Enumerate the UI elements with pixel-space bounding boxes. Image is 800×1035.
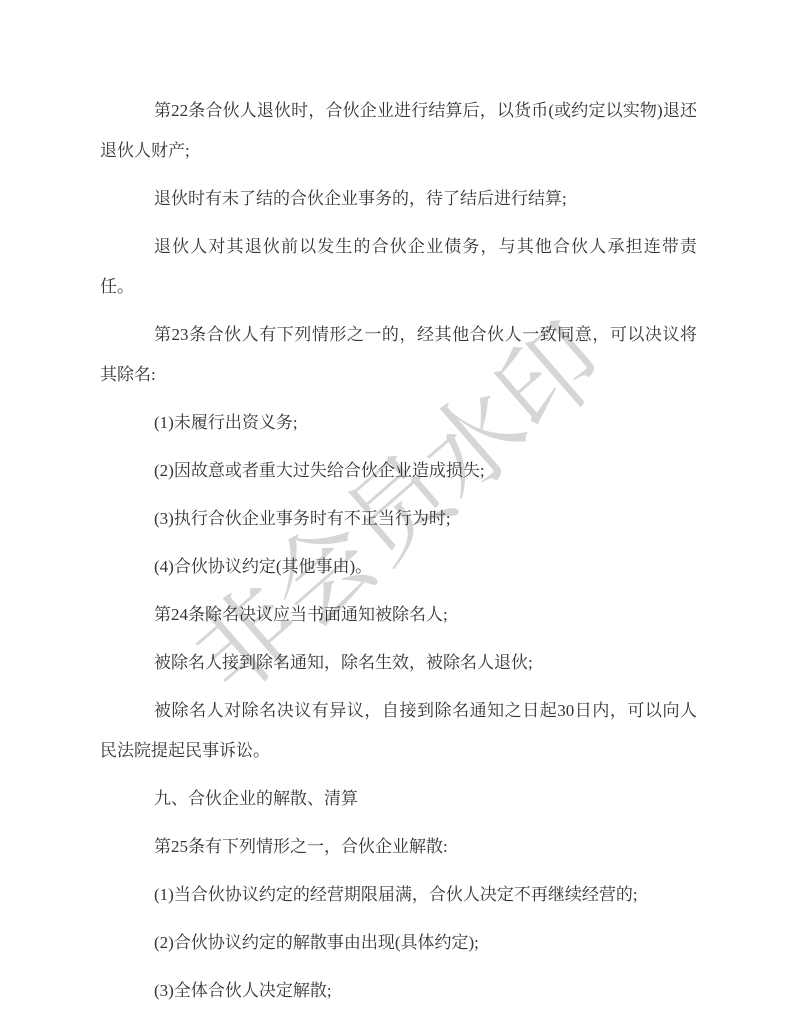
paragraph: 第23条合伙人有下列情形之一的，经其他合伙人一致同意，可以决议将其除名: [100, 315, 697, 395]
paragraph: 第25条有下列情形之一，合伙企业解散: [100, 827, 697, 867]
document-page: 非会员水印 第22条合伙人退伙时，合伙企业进行结算后，以货币(或约定以实物)退还… [0, 0, 800, 1035]
paragraph: 第24条除名决议应当书面通知被除名人; [100, 595, 697, 635]
paragraph: (1)当合伙协议约定的经营期限届满，合伙人决定不再继续经营的; [100, 875, 697, 915]
paragraph: 第22条合伙人退伙时，合伙企业进行结算后，以货币(或约定以实物)退还退伙人财产; [100, 91, 697, 171]
paragraph: 被除名人对除名决议有异议，自接到除名通知之日起30日内，可以向人民法院提起民事诉… [100, 691, 697, 771]
paragraph: 九、合伙企业的解散、清算 [100, 779, 697, 819]
paragraph: (3)执行合伙企业事务时有不正当行为时; [100, 499, 697, 539]
paragraph: (2)合伙协议约定的解散事由出现(具体约定); [100, 923, 697, 963]
paragraph: (4)合伙协议约定(其他事由)。 [100, 547, 697, 587]
paragraph: (1)未履行出资义务; [100, 403, 697, 443]
paragraph: (2)因故意或者重大过失给合伙企业造成损失; [100, 451, 697, 491]
paragraph: 退伙时有未了结的合伙企业事务的，待了结后进行结算; [100, 179, 697, 219]
paragraph: 退伙人对其退伙前以发生的合伙企业债务，与其他合伙人承担连带责任。 [100, 227, 697, 307]
paragraph: (3)全体合伙人决定解散; [100, 971, 697, 1011]
document-body: 第22条合伙人退伙时，合伙企业进行结算后，以货币(或约定以实物)退还退伙人财产;… [100, 91, 697, 1019]
paragraph: 被除名人接到除名通知，除名生效，被除名人退伙; [100, 643, 697, 683]
